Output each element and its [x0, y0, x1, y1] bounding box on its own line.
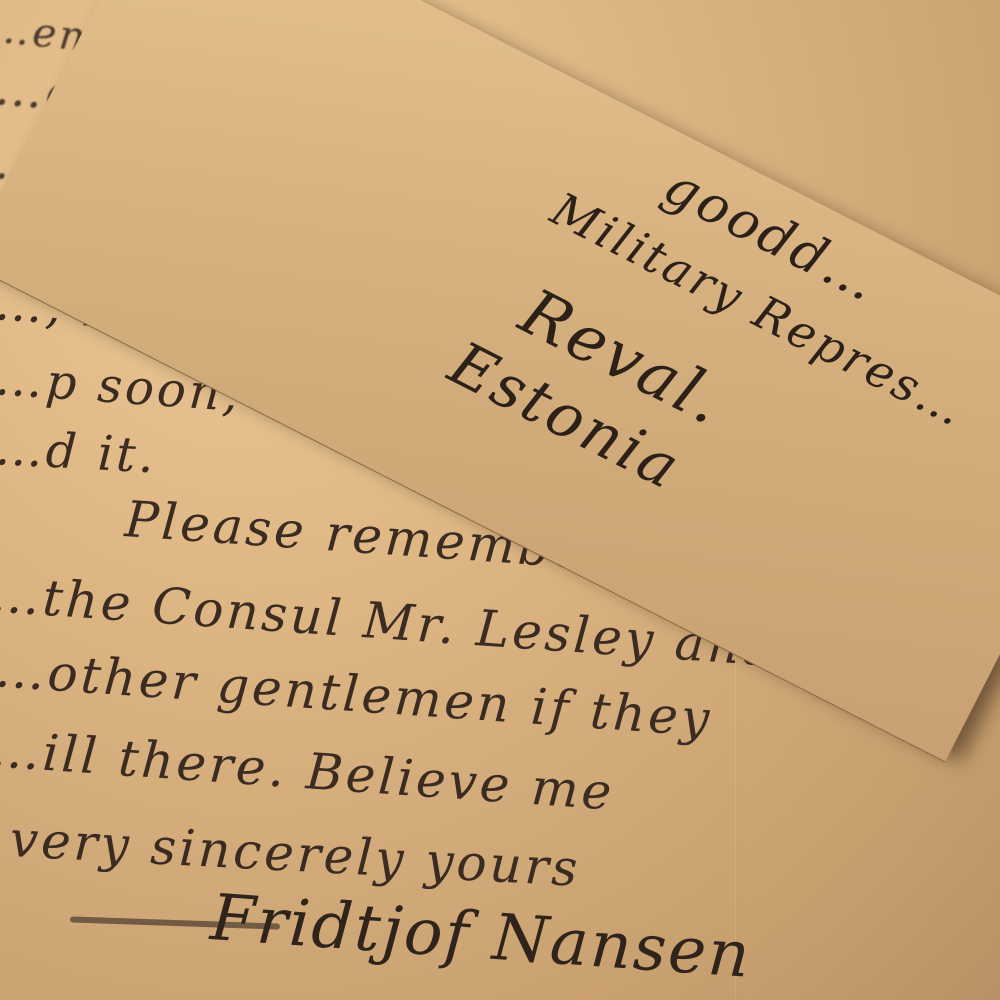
letter-line-12: very sincerely yours — [8, 810, 581, 898]
signature: Fridtjof Nansen — [208, 881, 754, 993]
letter-line-11: …ill there. Believe me — [0, 720, 616, 822]
letter-line-7: …d it. — [0, 420, 158, 484]
